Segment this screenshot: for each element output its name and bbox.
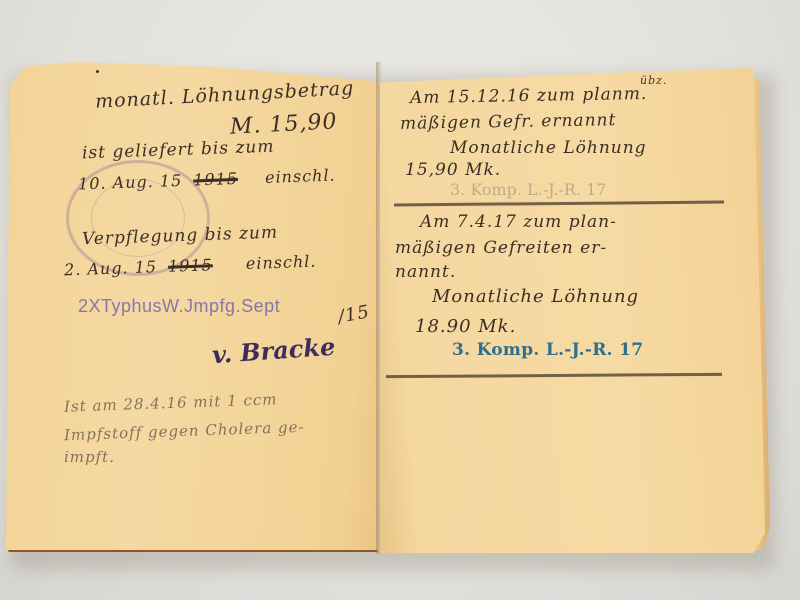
vaccination-note-line-3: impft. [64, 448, 115, 466]
entry1-line-2: mäßigen Gefr. ernannt [400, 110, 617, 134]
company-stamp-faded: 3. Komp. L.-J.-R. 17 [450, 180, 606, 199]
entry2-line-3: nannt. [395, 262, 456, 282]
einschl-text: einschl. [246, 252, 317, 273]
entry1-line-3: Monatliche Löhnung [450, 138, 647, 158]
struck-year: 1915 [168, 255, 213, 276]
entry2-line-1: Am 7.4.17 zum plan- [420, 212, 617, 232]
date-text: 2. Aug. 15 [64, 257, 158, 279]
entry2-amount: 18.90 Mk. [415, 316, 516, 337]
entry2-line-2: mäßigen Gefreiten er- [395, 238, 607, 258]
ink-dot [96, 70, 99, 73]
entry1-line-1: Am 15.12.16 zum planm. [410, 84, 648, 108]
typhus-vaccination-stamp: 2XTyphusW.Jmpfg.Sept [78, 296, 280, 317]
struck-year: 1915 [193, 169, 238, 190]
entry2-line-4: Monatliche Löhnung [432, 286, 639, 307]
entry1-amount: 15,90 Mk. [405, 160, 501, 180]
einschl-text: einschl. [265, 166, 336, 187]
company-stamp-blue: 3. Komp. L.-J.-R. 17 [452, 340, 643, 360]
date-text: 10. Aug. 15 [78, 171, 183, 194]
